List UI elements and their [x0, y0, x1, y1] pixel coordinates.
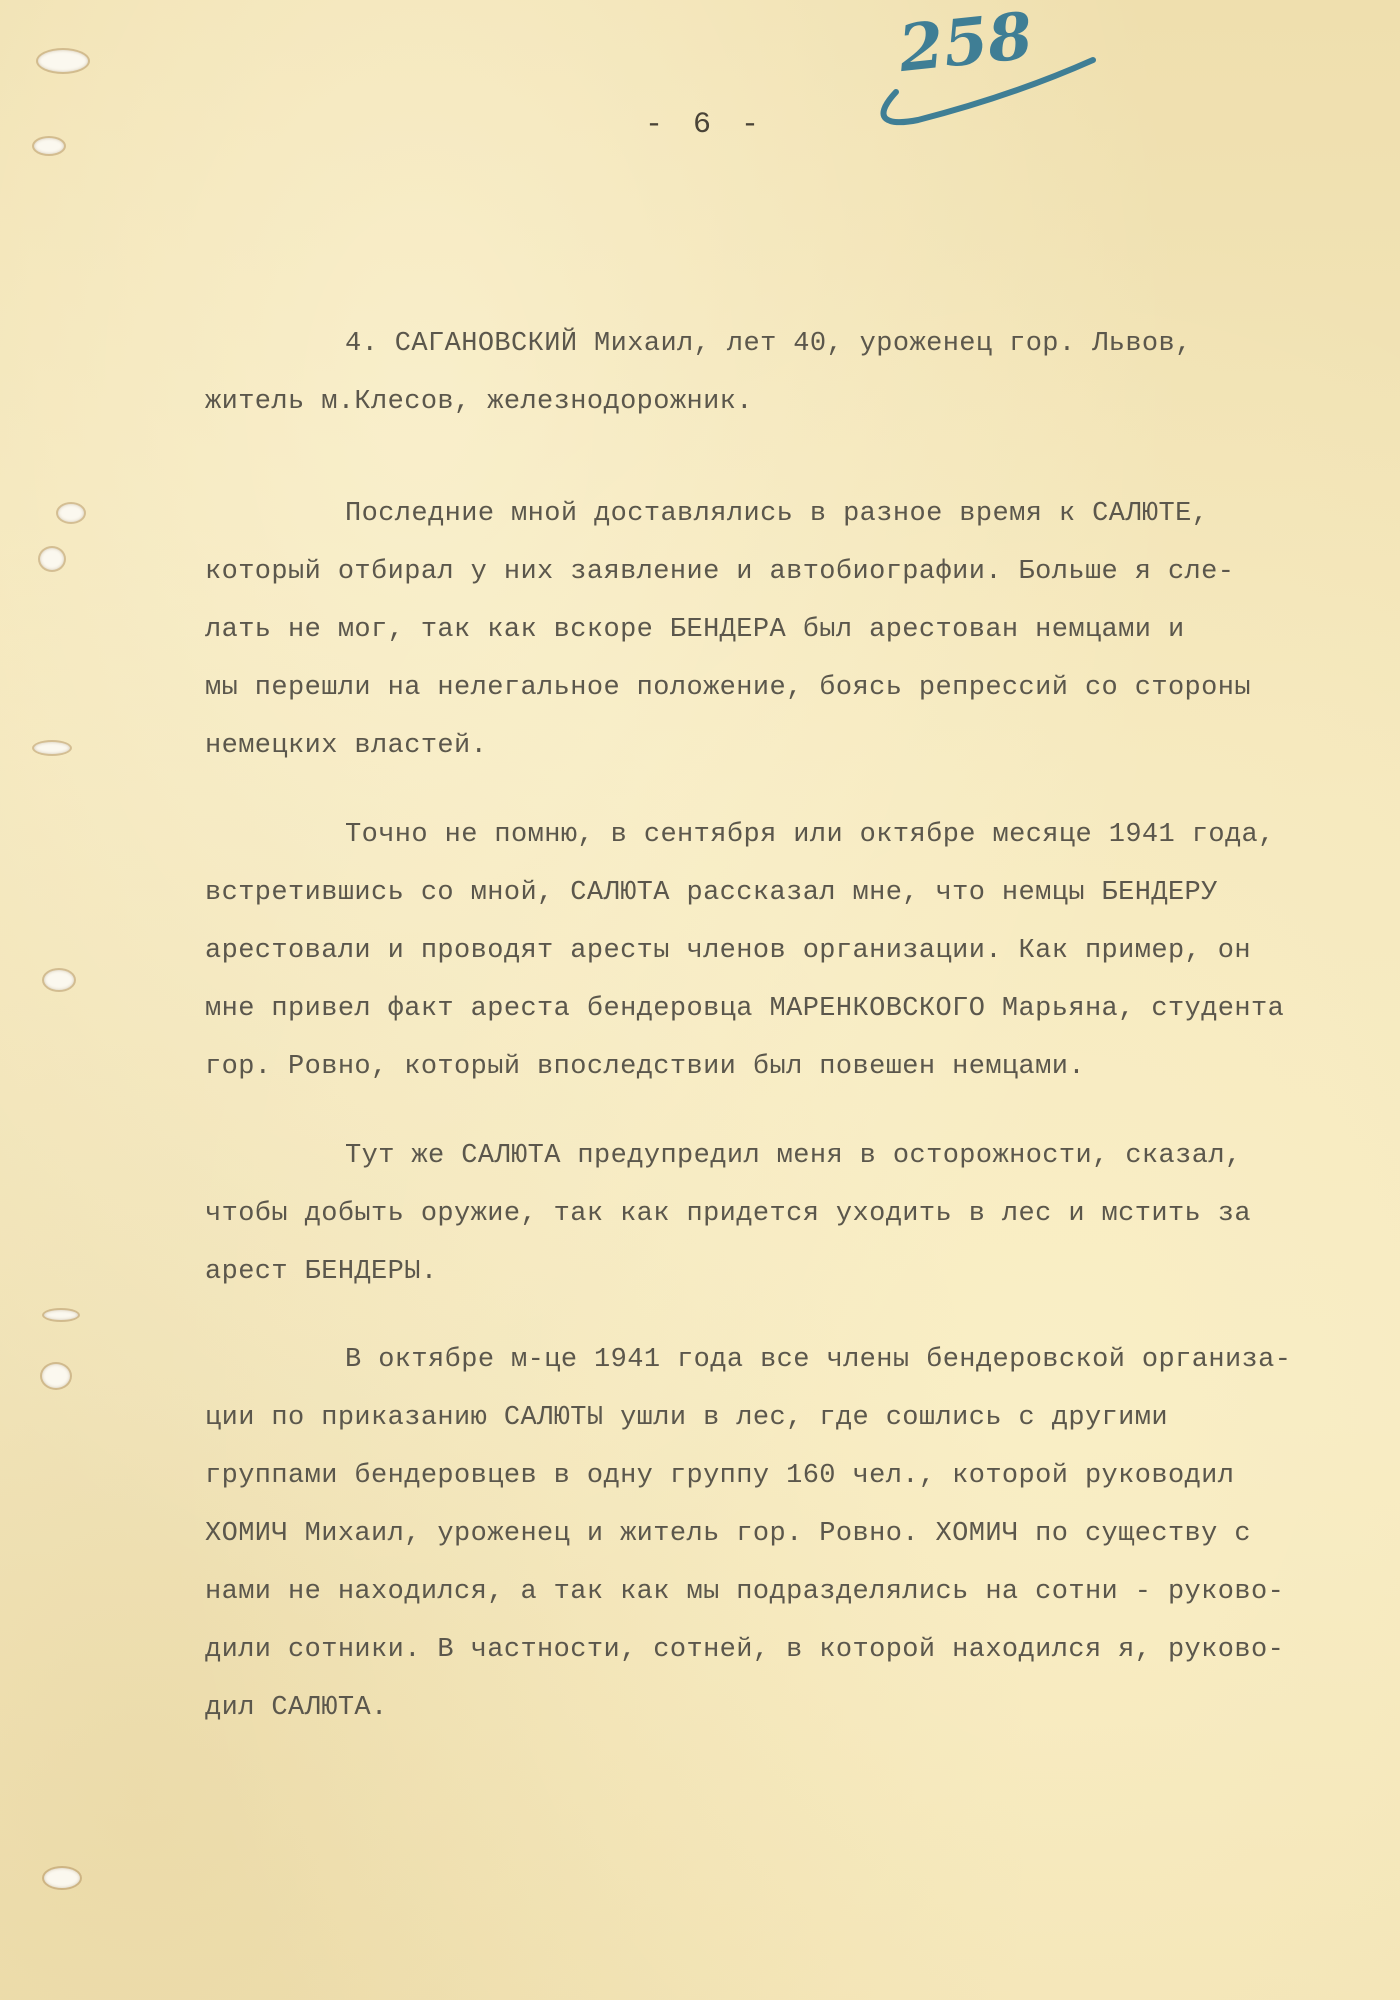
- text-line: арестовали и проводят аресты членов орга…: [205, 921, 1251, 981]
- text-line: гор. Ровно, который впоследствии был пов…: [205, 1037, 1085, 1097]
- text-line: немецких властей.: [205, 716, 487, 776]
- text-line: встретившись со мной, САЛЮТА рассказал м…: [205, 863, 1218, 923]
- punch-hole: [34, 742, 70, 754]
- punch-hole: [34, 138, 64, 154]
- punch-hole: [38, 50, 88, 72]
- text-line: ХОМИЧ Михаил, уроженец и житель гор. Ров…: [205, 1504, 1251, 1564]
- text-line: Последние мной доставлялись в разное вре…: [345, 484, 1208, 544]
- text-line: житель м.Клесов, железнодорожник.: [205, 372, 753, 432]
- text-line: ции по приказанию САЛЮТЫ ушли в лес, где…: [205, 1388, 1168, 1448]
- text-line: дил САЛЮТА.: [205, 1678, 388, 1738]
- text-line: Тут же САЛЮТА предупредил меня в осторож…: [345, 1126, 1242, 1186]
- text-line: арест БЕНДЕРЫ.: [205, 1242, 437, 1302]
- punch-hole: [44, 1310, 78, 1320]
- text-line: который отбирал у них заявление и автоби…: [205, 542, 1234, 602]
- text-line: лать не мог, так как вскоре БЕНДЕРА был …: [205, 600, 1185, 660]
- page-number: - 6 -: [640, 108, 770, 142]
- text-line: В октябре м-це 1941 года все члены бенде…: [345, 1330, 1291, 1390]
- punch-hole: [42, 1364, 70, 1388]
- punch-hole: [40, 548, 64, 570]
- text-line: мы перешли на нелегальное положение, боя…: [205, 658, 1251, 718]
- archival-document-page: 258 - 6 - 4. САГАНОВСКИЙ Михаил, лет 40,…: [0, 0, 1400, 2000]
- archive-number-text: 258: [894, 0, 1036, 87]
- text-line: мне привел факт ареста бендеровца МАРЕНК…: [205, 979, 1284, 1039]
- punch-hole: [44, 1868, 80, 1888]
- punch-hole: [44, 970, 74, 990]
- text-line: 4. САГАНОВСКИЙ Михаил, лет 40, уроженец …: [345, 314, 1192, 374]
- text-line: нами не находился, а так как мы подразде…: [205, 1562, 1284, 1622]
- text-line: дили сотники. В частности, сотней, в кот…: [205, 1620, 1284, 1680]
- text-line: группами бендеровцев в одну группу 160 ч…: [205, 1446, 1234, 1506]
- text-line: Точно не помню, в сентября или октябре м…: [345, 805, 1275, 865]
- archive-folio-number: 258: [878, 2, 1108, 132]
- punch-hole: [58, 504, 84, 522]
- text-line: чтобы добыть оружие, так как придется ух…: [205, 1184, 1251, 1244]
